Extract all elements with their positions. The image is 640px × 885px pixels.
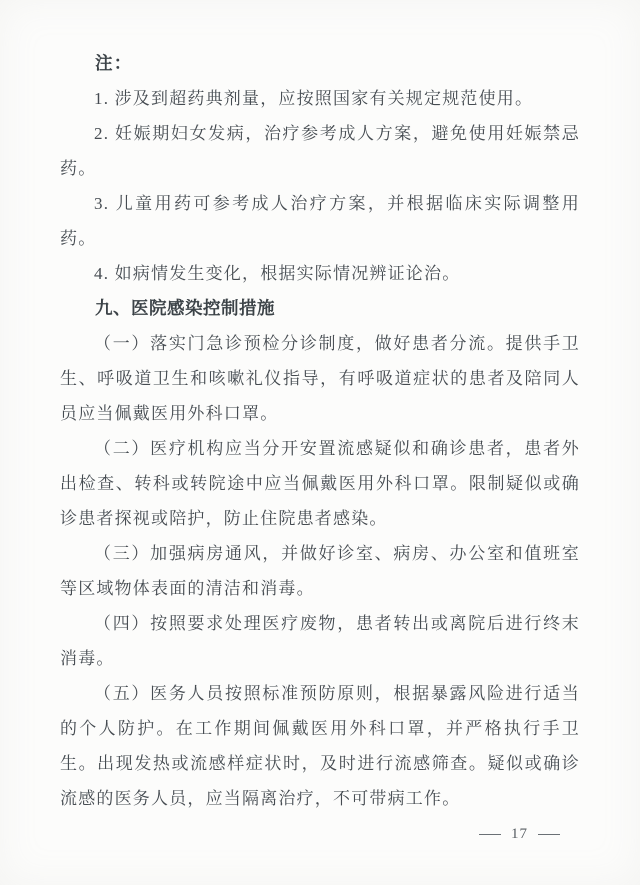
document-page: 注： 1. 涉及到超药典剂量，应按照国家有关规定规范使用。 2. 妊娠期妇女发病…: [0, 0, 640, 885]
note-item-1: 1. 涉及到超药典剂量，应按照国家有关规定规范使用。: [60, 81, 580, 116]
section-paragraph-1: （一）落实门急诊预检分诊制度，做好患者分流。提供手卫生、呼吸道卫生和咳嗽礼仪指导…: [60, 326, 580, 431]
section-heading: 九、医院感染控制措施: [60, 291, 580, 326]
footer-right-dash: [538, 834, 560, 835]
section-paragraph-5: （五）医务人员按照标准预防原则，根据暴露风险进行适当的个人防护。在工作期间佩戴医…: [60, 676, 580, 816]
text-block: 注： 1. 涉及到超药典剂量，应按照国家有关规定规范使用。 2. 妊娠期妇女发病…: [60, 46, 580, 816]
note-heading: 注：: [60, 46, 580, 81]
note-item-4: 4. 如病情发生变化，根据实际情况辨证论治。: [60, 256, 580, 291]
footer-left-dash: [479, 834, 501, 835]
section-paragraph-2: （二）医疗机构应当分开安置流感疑似和确诊患者，患者外出检查、转科或转院途中应当佩…: [60, 431, 580, 536]
page-number: 17: [511, 826, 528, 843]
section-paragraph-3: （三）加强病房通风，并做好诊室、病房、办公室和值班室等区域物体表面的清洁和消毒。: [60, 536, 580, 606]
note-item-3: 3. 儿童用药可参考成人治疗方案，并根据临床实际调整用药。: [60, 186, 580, 256]
section-paragraph-4: （四）按照要求处理医疗废物，患者转出或离院后进行终末消毒。: [60, 606, 580, 676]
note-item-2: 2. 妊娠期妇女发病，治疗参考成人方案，避免使用妊娠禁忌药。: [60, 116, 580, 186]
page-footer: 17: [469, 826, 570, 843]
